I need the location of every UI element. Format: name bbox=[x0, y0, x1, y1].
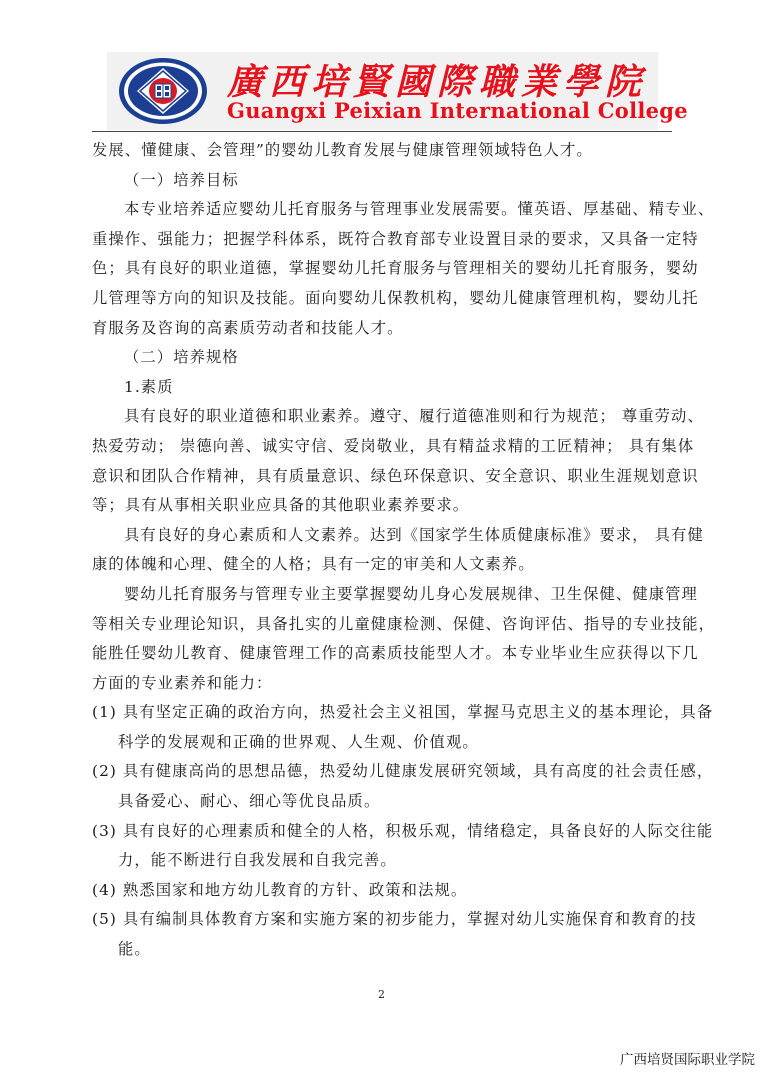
body-line: 方面的专业素养和能力： bbox=[92, 669, 672, 699]
list-item-1: (1) 具有坚定正确的政治方向，热爱社会主义祖国，掌握马克思主义的基本理论，具备 bbox=[92, 698, 672, 728]
college-seal-logo-icon bbox=[117, 56, 209, 126]
body-line: 热爱劳动； 崇德向善、诚实守信、爱岗敬业，具有精益求精的工匠精神； 具有集体 bbox=[92, 432, 672, 462]
list-item-4: (4) 熟悉国家和地方幼儿教育的方针、政策和法规。 bbox=[92, 876, 672, 906]
section-heading-training-goals: （一）培养目标 bbox=[92, 166, 672, 196]
college-banner: 廣西培賢國際職業學院 Guangxi Peixian International… bbox=[107, 52, 658, 130]
body-line: 发展、懂健康、会管理”的婴幼儿教育发展与健康管理领域特色人才。 bbox=[92, 136, 672, 166]
body-line: 本专业培养适应婴幼儿托育服务与管理事业发展需要。懂英语、厚基础、精专业、 bbox=[92, 195, 672, 225]
list-item-2-continued: 具备爱心、耐心、细心等优良品质。 bbox=[92, 787, 672, 817]
list-item-3: (3) 具有良好的心理素质和健全的人格，积极乐观，情绪稳定，具备良好的人际交往能 bbox=[92, 817, 672, 847]
header-divider bbox=[92, 131, 672, 132]
list-item-5-continued: 能。 bbox=[92, 935, 672, 965]
body-line: 育服务及咨询的高素质劳动者和技能人才。 bbox=[92, 314, 672, 344]
body-line: 康的体魄和心理、健全的人格；具有一定的审美和人文素养。 bbox=[92, 550, 672, 580]
body-line: 能胜任婴幼儿教育、健康管理工作的高素质技能型人才。本专业毕业生应获得以下几 bbox=[92, 639, 672, 669]
footer-school-name: 广西培贤国际职业学院 bbox=[620, 1048, 755, 1068]
body-line: 意识和团队合作精神，具有质量意识、绿色环保意识、安全意识、职业生涯规划意识 bbox=[92, 462, 672, 492]
document-body: 发展、懂健康、会管理”的婴幼儿教育发展与健康管理领域特色人才。 （一）培养目标 … bbox=[92, 136, 672, 965]
body-line: 婴幼儿托育服务与管理专业主要掌握婴幼儿身心发展规律、卫生保健、健康管理 bbox=[92, 580, 672, 610]
body-line: 儿管理等方向的知识及技能。面向婴幼儿保教机构，婴幼儿健康管理机构，婴幼儿托 bbox=[92, 284, 672, 314]
page-number: 2 bbox=[0, 988, 763, 1001]
list-item-1-continued: 科学的发展观和正确的世界观、人生观、价值观。 bbox=[92, 728, 672, 758]
body-line: 等相关专业理论知识，具备扎实的儿童健康检测、保健、咨询评估、指导的专业技能， bbox=[92, 610, 672, 640]
list-item-5: (5) 具有编制具体教育方案和实施方案的初步能力，掌握对幼儿实施保育和教育的技 bbox=[92, 905, 672, 935]
list-item-3-continued: 力，能不断进行自我发展和自我完善。 bbox=[92, 846, 672, 876]
list-item-2: (2) 具有健康高尚的思想品德，热爱幼儿健康发展研究领域，具有高度的社会责任感， bbox=[92, 757, 672, 787]
body-line: 具有良好的身心素质和人文素养。达到《国家学生体质健康标准》要求， 具有健 bbox=[92, 521, 672, 551]
body-line: 等；具有从事相关职业应具备的其他职业素养要求。 bbox=[92, 491, 672, 521]
subsection-heading-quality: 1.素质 bbox=[92, 373, 672, 403]
body-line: 重操作、强能力；把握学科体系，既符合教育部专业设置目录的要求，又具备一定特 bbox=[92, 225, 672, 255]
section-heading-training-specs: （二）培养规格 bbox=[92, 343, 672, 373]
body-line: 具有良好的职业道德和职业素养。遵守、履行道德准则和行为规范； 尊重劳动、 bbox=[92, 402, 672, 432]
body-line: 色；具有良好的职业道德，掌握婴幼儿托育服务与管理相关的婴幼儿托育服务，婴幼 bbox=[92, 254, 672, 284]
school-name-english: Guangxi Peixian International College bbox=[227, 98, 688, 123]
